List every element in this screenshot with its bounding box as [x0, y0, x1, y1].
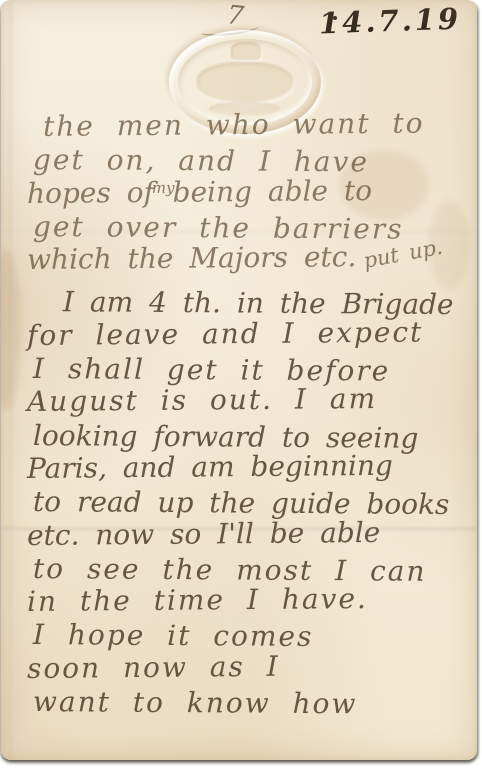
- letter-line-text: which the Majors etc.: [27, 240, 357, 276]
- letter-date: 14.7.19: [318, 2, 461, 41]
- letter-line: Paris, and am beginning: [27, 448, 475, 485]
- letter-line: soon now as I: [27, 648, 475, 685]
- letter-line: hopes ofmybeing able to: [27, 173, 475, 210]
- letter-body: the men who want to get on, and I have h…: [27, 110, 475, 718]
- seal-arms-emboss: [197, 62, 293, 102]
- letter-line-text: hopes of: [27, 175, 154, 209]
- inserted-word-above-line: my: [152, 178, 175, 196]
- letter-scan-photo: 7 14.7.19 the men who want to get on, an…: [1, 0, 477, 760]
- letter-line-text: being able to: [172, 174, 372, 209]
- paper-stain: [1, 250, 21, 410]
- letter-line: in the time I have.: [27, 581, 475, 618]
- letter-line: August is out. I am: [27, 381, 475, 418]
- letter-line: the men who want to: [27, 106, 475, 143]
- letter-line: for leave and I expect: [27, 315, 475, 352]
- letter-line: want to know how: [27, 685, 475, 721]
- vertical-edge-crease: [10, 0, 13, 760]
- letter-line: etc. now so I'll be able: [27, 515, 475, 552]
- seal-crown-emboss: [231, 42, 261, 60]
- cramped-margin-words: put up.: [362, 235, 445, 273]
- letter-line: which the Majors etc.put up.: [27, 239, 475, 276]
